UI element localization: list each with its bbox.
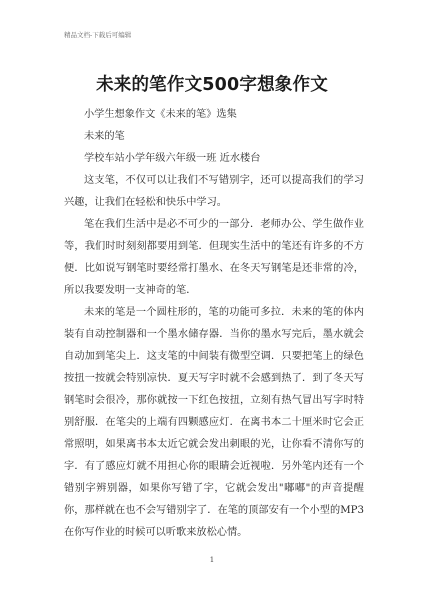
paragraph-3: 未来的笔是一个圆柱形的，笔的功能可多拉．未来的笔的体内装有自动控制器和一个墨水储…	[64, 302, 364, 544]
paragraph-2: 笔在我们生活中是必不可少的一部分．老师办公、学生做作业等，我们时时刻刻都要用到笔…	[64, 214, 364, 302]
page-number: 1	[0, 556, 424, 564]
paragraph-1: 这支笔，不仅可以让我们不写错别字，还可以提高我们的学习兴趣，让我们在轻松和快乐中…	[64, 170, 364, 214]
essay-title: 未来的笔	[64, 126, 364, 148]
document-title: 未来的笔作文500字想象作文	[0, 71, 424, 96]
document-body: 小学生想象作文《未来的笔》选集 未来的笔 学校车站小学年级六年级一班 近水楼台 …	[64, 104, 364, 544]
document-header-note: 精品文档-下载后可编辑	[64, 30, 131, 39]
author-line: 学校车站小学年级六年级一班 近水楼台	[64, 148, 364, 170]
essay-subtitle: 小学生想象作文《未来的笔》选集	[64, 104, 364, 126]
